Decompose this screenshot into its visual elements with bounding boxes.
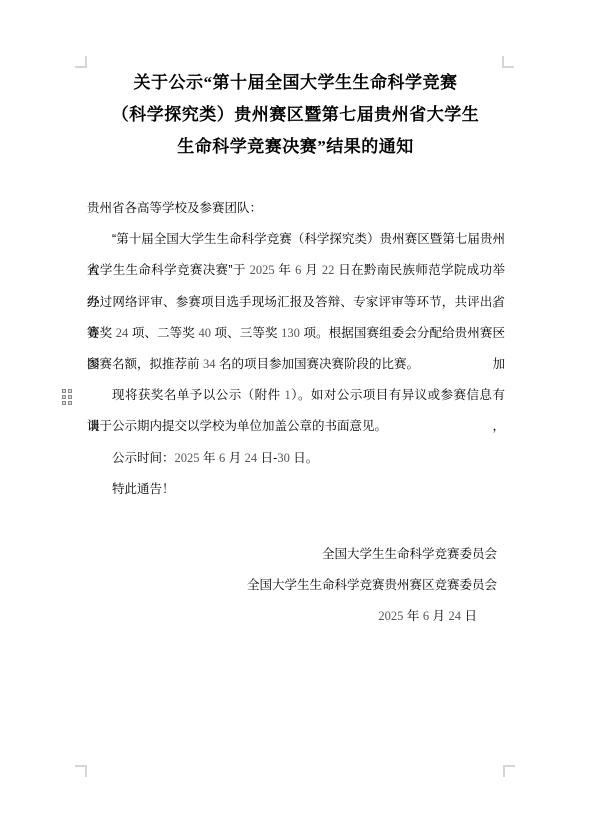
- signature-line-1: 全国大学生生命科学竞赛委员会: [247, 539, 497, 570]
- signature-line-2: 全国大学生生命科学竞赛贵州赛区竞赛委员会: [247, 570, 497, 601]
- body-line: 等奖 24 项、二等奖 40 项、三等奖 130 项。根据国赛组委会分配给贵州赛…: [87, 318, 505, 349]
- salutation-line: 贵州省各高等学校及参赛团队：: [87, 193, 505, 224]
- body-line: 现将获奖名单予以公示（附件 1）。如对公示项目有异议或参赛信息有误，: [87, 380, 505, 411]
- notice-title: 关于公示“第十届全国大学生生命科学竞赛 （科学探究类）贵州赛区暨第七届贵州省大学…: [87, 67, 504, 163]
- drag-handle-icon[interactable]: [62, 389, 72, 405]
- notice-body: 贵州省各高等学校及参赛团队： “第十届全国大学生生命科学竞赛（科学探究类）贵州赛…: [87, 193, 505, 505]
- body-line: “第十届全国大学生生命科学竞赛（科学探究类）贵州赛区暨第七届贵州省: [87, 224, 505, 255]
- body-line: 经过网络评审、参赛项目选手现场汇报及答辩、专家评审等环节，共评出省赛一: [87, 287, 505, 318]
- notice-title-line-2: （科学探究类）贵州赛区暨第七届贵州省大学生: [87, 99, 504, 131]
- crop-mark-bottom-right-icon: [503, 765, 515, 777]
- crop-mark-top-left-icon: [75, 56, 87, 68]
- body-line: 大学生生命科学竞赛决赛”于 2025 年 6 月 22 日在黔南民族师范学院成功…: [87, 255, 505, 286]
- document-page: 关于公示“第十届全国大学生生命科学竞赛 （科学探究类）贵州赛区暨第七届贵州省大学…: [0, 0, 589, 835]
- signature-block: 全国大学生生命科学竞赛委员会 全国大学生生命科学竞赛贵州赛区竞赛委员会 2025…: [247, 539, 497, 632]
- publicity-period-line: 公示时间：2025 年 6 月 24 日-30 日。: [87, 443, 505, 474]
- notice-title-line-3: 生命科学竞赛决赛”结果的通知: [87, 131, 504, 163]
- signature-date: 2025 年 6 月 24 日: [247, 601, 497, 632]
- closing-line: 特此通告！: [87, 474, 505, 505]
- crop-mark-bottom-left-icon: [75, 765, 87, 777]
- notice-title-line-1: 关于公示“第十届全国大学生生命科学竞赛: [87, 67, 504, 99]
